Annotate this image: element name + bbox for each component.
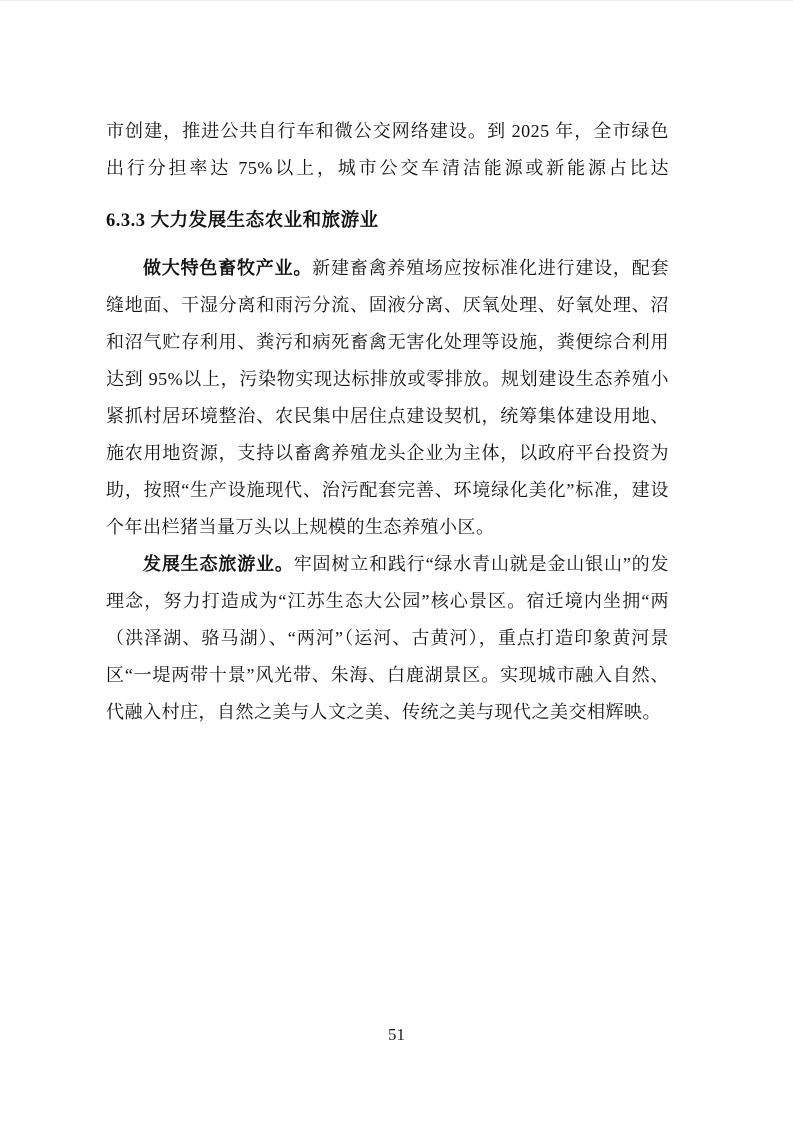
text-line: 和沼气贮存利用、粪污和病死畜禽无害化处理等设施，粪便综合利用率 — [106, 324, 669, 361]
text-line: 出行分担率达 75%以上，城市公交车清洁能源或新能源占比达 100%。 — [106, 150, 669, 187]
text-line: 市创建，推进公共自行车和微公交网络建设。到 2025 年，全市绿色交通 — [106, 113, 669, 150]
bold-lead: 做大特色畜牧产业。 — [143, 258, 312, 278]
bold-lead: 发展生态旅游业。 — [143, 554, 294, 574]
text-line: 区“一堤两带十景”风光带、朱海、白鹿湖景区。实现城市融入自然、现 — [106, 657, 669, 694]
page-number: 51 — [0, 1023, 793, 1047]
text-line: 施农用地资源，支持以畜禽养殖龙头企业为主体，以政府平台投资为辅 — [106, 435, 669, 472]
paragraph-livestock-industry: 做大特色畜牧产业。新建畜禽养殖场应按标准化进行建设，配套漏缝地面、干湿分离和雨污… — [106, 250, 669, 546]
paragraph-green-transit: 市创建，推进公共自行车和微公交网络建设。到 2025 年，全市绿色交通出行分担率… — [106, 113, 669, 187]
text-line: 做大特色畜牧产业。新建畜禽养殖场应按标准化进行建设，配套漏 — [106, 250, 669, 287]
page: 市创建，推进公共自行车和微公交网络建设。到 2025 年，全市绿色交通出行分担率… — [0, 1, 793, 1122]
text-line: 个年出栏猪当量万头以上规模的生态养殖小区。 — [106, 509, 669, 546]
text-line: 理念，努力打造成为“江苏生态大公园”核心景区。宿迁境内坐拥“两湖” — [106, 583, 669, 620]
text-line: 紧抓村居环境整治、农民集中居住点建设契机，统筹集体建设用地、设 — [106, 398, 669, 435]
paragraph-eco-tourism: 发展生态旅游业。牢固树立和践行“绿水青山就是金山银山”的发展理念，努力打造成为“… — [106, 546, 669, 731]
text-line: 助，按照“生产设施现代、治污配套完善、环境绿化美化”标准，建设 1-2 — [106, 472, 669, 509]
text-line: 发展生态旅游业。牢固树立和践行“绿水青山就是金山银山”的发展 — [106, 546, 669, 583]
text-line: 达到 95%以上，污染物实现达标排放或零排放。规划建设生态养殖小区， — [106, 361, 669, 398]
text-line: （洪泽湖、骆马湖）、“两河”（运河、古黄河），重点打造印象黄河景 — [106, 620, 669, 657]
section-heading-6-3-3: 6.3.3 大力发展生态农业和旅游业 — [106, 203, 669, 240]
page-content: 市创建，推进公共自行车和微公交网络建设。到 2025 年，全市绿色交通出行分担率… — [106, 113, 669, 731]
text-line: 缝地面、干湿分离和雨污分流、固液分离、厌氧处理、好氧处理、沼液 — [106, 287, 669, 324]
document-page: { "document": { "background": "#ffffff",… — [0, 0, 793, 1122]
text-line: 代融入村庄，自然之美与人文之美、传统之美与现代之美交相辉映。 — [106, 694, 669, 731]
